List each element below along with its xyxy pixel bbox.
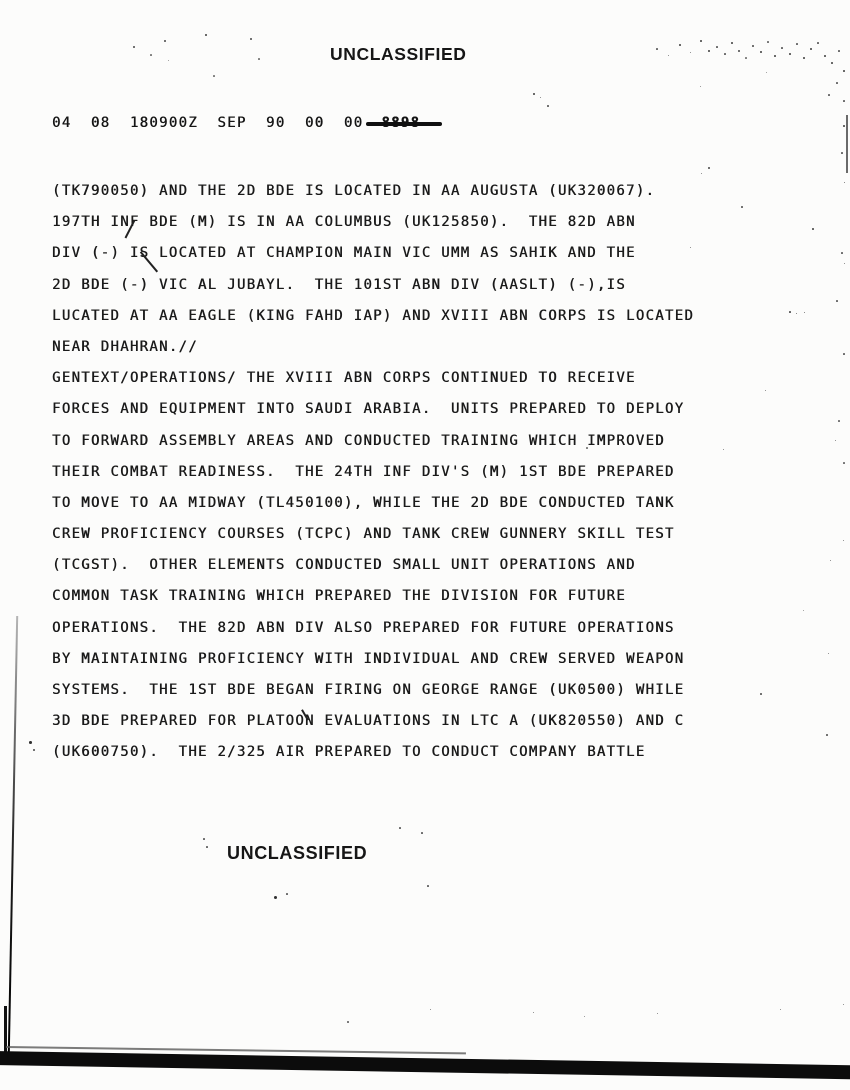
scan-speckle — [789, 53, 791, 55]
scan-speckle — [843, 1004, 844, 1005]
scan-speckle — [700, 40, 702, 42]
scan-speckle — [796, 313, 797, 314]
scan-speckle — [421, 832, 423, 834]
scan-speckle — [760, 693, 762, 695]
scan-speckle — [828, 94, 830, 96]
scan-speckle — [843, 540, 844, 541]
body-line: FORCES AND EQUIPMENT INTO SAUDI ARABIA. … — [52, 394, 694, 425]
body-line: GENTEXT/OPERATIONS/ THE XVIII ABN CORPS … — [52, 363, 694, 394]
scan-speckle — [812, 228, 814, 230]
body-line: 197TH INF BDE (M) IS IN AA COLUMBUS (UK1… — [52, 207, 694, 238]
scan-speckle — [708, 167, 710, 169]
body-line: 2D BDE (-) VIC AL JUBAYL. THE 101ST ABN … — [52, 270, 694, 301]
scan-speckle — [584, 1016, 585, 1017]
scan-speckle — [766, 72, 767, 73]
scan-speckle — [844, 182, 845, 183]
body-line: THEIR COMBAT READINESS. THE 24TH INF DIV… — [52, 457, 694, 488]
scan-speckle — [826, 734, 828, 736]
scan-speckle — [347, 1021, 349, 1023]
scan-speckle — [780, 1009, 781, 1010]
scan-speckle — [701, 173, 702, 174]
scan-speckle — [657, 1013, 658, 1014]
body-line: COMMON TASK TRAINING WHICH PREPARED THE … — [52, 581, 694, 612]
scan-speckle — [831, 62, 833, 64]
scan-speckle — [258, 58, 260, 60]
body-line: TO FORWARD ASSEMBLY AREAS AND CONDUCTED … — [52, 426, 694, 457]
scan-speckle — [752, 45, 754, 47]
scan-speckle — [767, 41, 769, 43]
scan-speckle — [150, 54, 152, 56]
dtg-text: 04 08 180900Z SEP 90 00 00 — [52, 115, 363, 131]
scan-speckle — [741, 206, 743, 208]
body-line: NEAR DHAHRAN.// — [52, 332, 694, 363]
scan-speckle — [760, 51, 762, 53]
scan-speckle — [716, 46, 718, 48]
body-line: TO MOVE TO AA MIDWAY (TL450100), WHILE T… — [52, 488, 694, 519]
scan-speckle — [830, 560, 831, 561]
scan-speckle — [213, 75, 215, 77]
scan-speckle — [841, 152, 843, 154]
scan-speckle — [838, 420, 840, 422]
scan-speckle — [430, 1009, 431, 1010]
scan-speckle — [427, 885, 429, 887]
scan-speckle — [203, 838, 205, 840]
scan-speckle — [586, 447, 588, 449]
scan-speckle — [781, 47, 783, 49]
scan-speckle — [679, 44, 681, 46]
scan-speckle — [774, 55, 776, 57]
scan-speckle — [843, 70, 845, 72]
body-line: (TK790050) AND THE 2D BDE IS LOCATED IN … — [52, 176, 694, 207]
scan-speckle — [836, 300, 838, 302]
scan-edge-streak — [846, 115, 848, 173]
scan-speckle — [668, 55, 669, 56]
scan-speckle — [399, 827, 401, 829]
scan-speckle — [540, 97, 541, 98]
scan-speckle — [738, 50, 740, 52]
scan-speckle — [835, 440, 836, 441]
scan-speckle — [844, 263, 845, 264]
scan-speckle — [731, 42, 733, 44]
scan-speckle — [723, 449, 724, 450]
scan-speckle — [843, 462, 845, 464]
struck-classification-code: 8898 — [381, 115, 420, 131]
body-line: OPERATIONS. THE 82D ABN DIV ALSO PREPARE… — [52, 613, 694, 644]
scan-artifact-bar — [0, 1051, 850, 1080]
scan-speckle — [789, 311, 791, 313]
scan-speckle — [836, 82, 838, 84]
body-line: (UK600750). THE 2/325 AIR PREPARED TO CO… — [52, 737, 694, 768]
scan-speckle — [810, 48, 812, 50]
scan-speckle — [745, 57, 747, 59]
scan-speckle — [817, 42, 819, 44]
scan-speckle — [168, 60, 169, 61]
body-line: (TCGST). OTHER ELEMENTS CONDUCTED SMALL … — [52, 550, 694, 581]
scan-speckle — [843, 100, 845, 102]
body-line: LUCATED AT AA EAGLE (KING FAHD IAP) AND … — [52, 301, 694, 332]
scan-speckle — [803, 610, 804, 611]
body-line: DIV (-) IS LOCATED AT CHAMPION MAIN VIC … — [52, 238, 694, 269]
body-line: CREW PROFICIENCY COURSES (TCPC) AND TANK… — [52, 519, 694, 550]
scan-speckle — [533, 93, 535, 95]
scan-speckle — [803, 57, 805, 59]
scan-speckle — [29, 741, 32, 744]
scan-speckle — [828, 653, 829, 654]
scan-edge-line — [8, 616, 19, 1053]
scan-speckle — [274, 896, 277, 899]
scan-speckle — [690, 52, 691, 53]
body-line: BY MAINTAINING PROFICIENCY WITH INDIVIDU… — [52, 644, 694, 675]
scan-speckle — [765, 390, 766, 391]
scan-speckle — [700, 86, 701, 87]
date-time-group-line: 04 08 180900Z SEP 90 00 008898 — [52, 115, 420, 131]
scan-speckle — [843, 353, 845, 355]
scan-speckle — [33, 749, 35, 751]
scanned-document-page: UNCLASSIFIED 04 08 180900Z SEP 90 00 008… — [0, 0, 850, 1090]
scan-speckle — [796, 43, 798, 45]
scan-speckle — [843, 125, 845, 127]
classification-header: UNCLASSIFIED — [330, 44, 467, 65]
scan-speckle — [804, 312, 805, 313]
scan-speckle — [164, 40, 166, 42]
classification-footer: UNCLASSIFIED — [227, 843, 367, 864]
scan-speckle — [206, 846, 208, 848]
message-body: (TK790050) AND THE 2D BDE IS LOCATED IN … — [52, 176, 694, 769]
scan-speckle — [286, 893, 288, 895]
scan-speckle — [838, 50, 840, 52]
scan-speckle — [547, 105, 549, 107]
scan-speckle — [533, 1012, 534, 1013]
scan-speckle — [656, 48, 658, 50]
scan-speckle — [824, 55, 826, 57]
scan-speckle — [841, 252, 843, 254]
scan-speckle — [724, 53, 726, 55]
body-line: SYSTEMS. THE 1ST BDE BEGAN FIRING ON GEO… — [52, 675, 694, 706]
scan-speckle — [250, 38, 252, 40]
scan-speckle — [133, 46, 135, 48]
scan-speckle — [708, 50, 710, 52]
scan-speckle — [205, 34, 207, 36]
body-line: 3D BDE PREPARED FOR PLATOON EVALUATIONS … — [52, 706, 694, 737]
